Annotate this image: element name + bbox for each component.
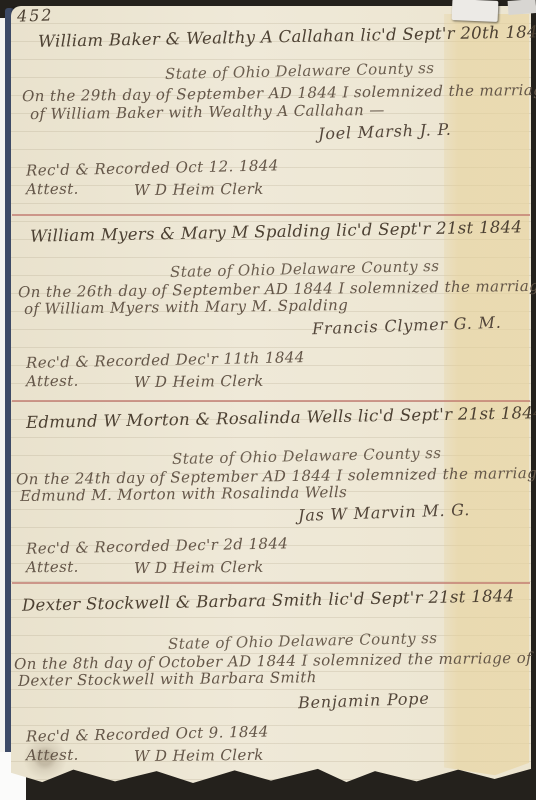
attest-line: Attest. W D Heim Clerk [26, 372, 79, 391]
solemnize-line-2: Dexter Stockwell with Barbara Smith [18, 668, 317, 690]
scanned-ledger-page: 452 William Baker & Wealthy A Callahan l… [0, 0, 536, 800]
page-number: 452 [17, 5, 54, 25]
clerk-signature: W D Heim Clerk [134, 372, 264, 391]
attest-label: Attest. [26, 372, 79, 391]
clerk-signature: W D Heim Clerk [134, 558, 264, 577]
entry-separator-rule [12, 214, 530, 216]
page-tab-shadow [508, 0, 536, 15]
clerk-signature: W D Heim Clerk [134, 180, 264, 199]
attest-label: Attest. [26, 746, 79, 765]
entry-separator-rule [12, 400, 530, 402]
attest-label: Attest. [26, 558, 79, 577]
attest-line: Attest. W D Heim Clerk [26, 180, 79, 199]
attest-label: Attest. [26, 180, 79, 199]
attest-line: Attest. W D Heim Clerk [26, 558, 79, 577]
attest-line: Attest. W D Heim Clerk [26, 746, 79, 765]
entry-separator-rule [12, 582, 530, 584]
clerk-signature: W D Heim Clerk [134, 746, 264, 765]
page-tab [452, 0, 499, 22]
